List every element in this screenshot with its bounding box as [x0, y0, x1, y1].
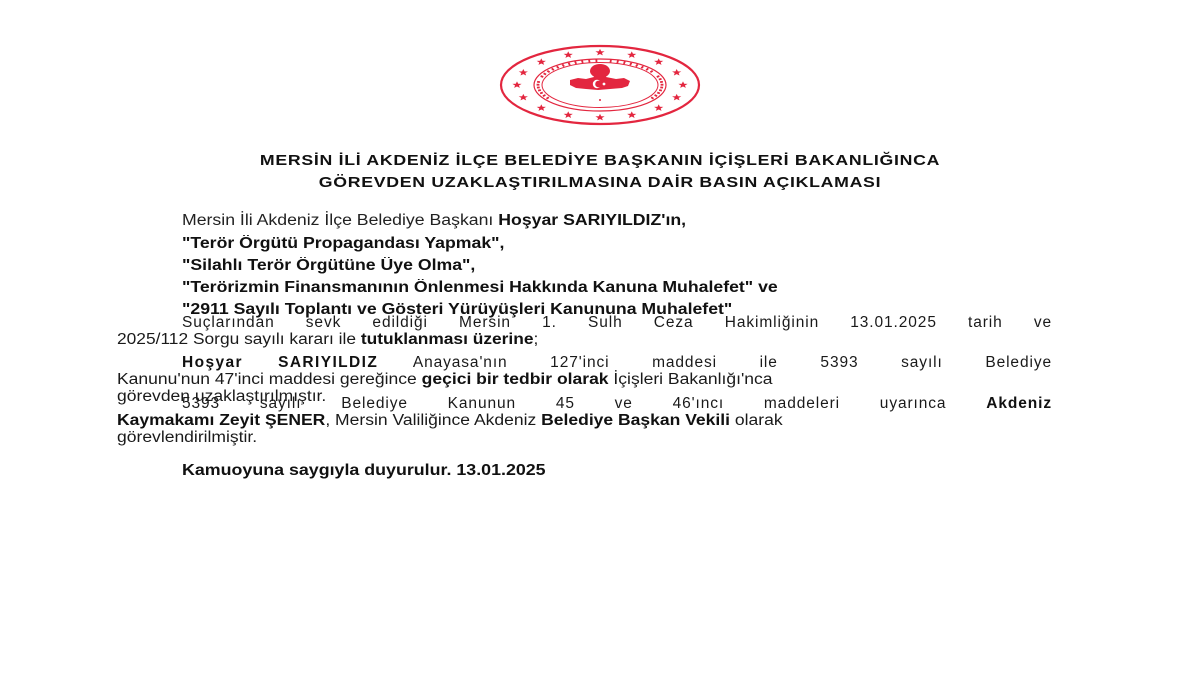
closing-statement: Kamuoyuna saygıyla duyurulur. 13.01.2025 — [182, 462, 546, 480]
mayor-name: Hoşyar SARIYILDIZ — [498, 212, 661, 229]
paragraph-1-line-1: Suçlarından sevk edildiği Mersin 1. Sulh… — [182, 314, 1052, 332]
press-release-title: MERSİN İLİ AKDENİZ İLÇE BELEDİYE BAŞKANI… — [10, 150, 1190, 194]
arrest-emphasis: tutuklanması üzerine — [361, 331, 534, 348]
acting-mayor-emphasis: Belediye Başkan Vekili — [541, 412, 730, 429]
paragraph-2-ministry-text: İçişleri Bakanlığı'nca — [609, 371, 773, 388]
ministry-emblem-logo — [498, 44, 702, 126]
paragraph-1-line-2: 2025/112 Sorgu sayılı kararı ile tutukla… — [117, 331, 538, 349]
paragraph-2-line-2: Kanunu'nun 47'inci maddesi gereğince geç… — [117, 371, 773, 389]
mayor-name-repeat: Hoşyar SARIYILDIZ — [182, 354, 378, 371]
intro-line: Mersin İli Akdeniz İlçe Belediye Başkanı… — [182, 212, 686, 230]
temporary-measure-emphasis: geçici bir tedbir olarak — [422, 371, 609, 388]
paragraph-1-end: ; — [534, 331, 539, 348]
charge-2: "Silahlı Terör Örgütüne Üye Olma", — [182, 257, 475, 275]
paragraph-1-text: Suçlarından sevk edildiği Mersin 1. Sulh… — [182, 314, 1052, 332]
paragraph-2-law-text: Anayasa'nın 127'inci maddesi ile 5393 sa… — [413, 354, 1052, 371]
paragraph-3-line-2: Kaymakamı Zeyit ŞENER, Mersin Valiliğinc… — [117, 412, 783, 430]
intro-suffix: 'ın, — [661, 212, 686, 229]
charge-3: "Terörizmin Finansmanının Önlenmesi Hakk… — [182, 279, 778, 297]
title-line-2: GÖREVDEN UZAKLAŞTIRILMASINA DAİR BASIN A… — [10, 172, 1190, 194]
paragraph-3-line-1: 5393 sayılı Belediye Kanunun 45 ve 46'ın… — [182, 395, 1052, 413]
paragraph-3-end: olarak — [730, 412, 783, 429]
title-line-1: MERSİN İLİ AKDENİZ İLÇE BELEDİYE BAŞKANI… — [10, 150, 1190, 172]
paragraph-3-law-text: 5393 sayılı Belediye Kanunun 45 ve 46'ın… — [182, 395, 946, 412]
paragraph-3-line-3: görevlendirilmiştir. — [117, 429, 257, 447]
press-release-page: MERSİN İLİ AKDENİZ İLÇE BELEDİYE BAŞKANI… — [0, 0, 1200, 675]
paragraph-1-case-text: 2025/112 Sorgu sayılı kararı ile — [117, 331, 361, 348]
paragraph-2-line-1: Hoşyar SARIYILDIZ Anayasa'nın 127'inci m… — [182, 354, 1052, 372]
akdeniz-emphasis: Akdeniz — [986, 395, 1052, 412]
district-governor-name: Kaymakamı Zeyit ŞENER — [117, 412, 325, 429]
emblem-icon — [498, 44, 702, 126]
charge-1: "Terör Örgütü Propagandası Yapmak", — [182, 235, 504, 253]
paragraph-2-article-text: Kanunu'nun 47'inci maddesi gereğince — [117, 371, 422, 388]
intro-prefix: Mersin İli Akdeniz İlçe Belediye Başkanı — [182, 212, 498, 229]
paragraph-3-governorship-text: , Mersin Valiliğince Akdeniz — [325, 412, 541, 429]
